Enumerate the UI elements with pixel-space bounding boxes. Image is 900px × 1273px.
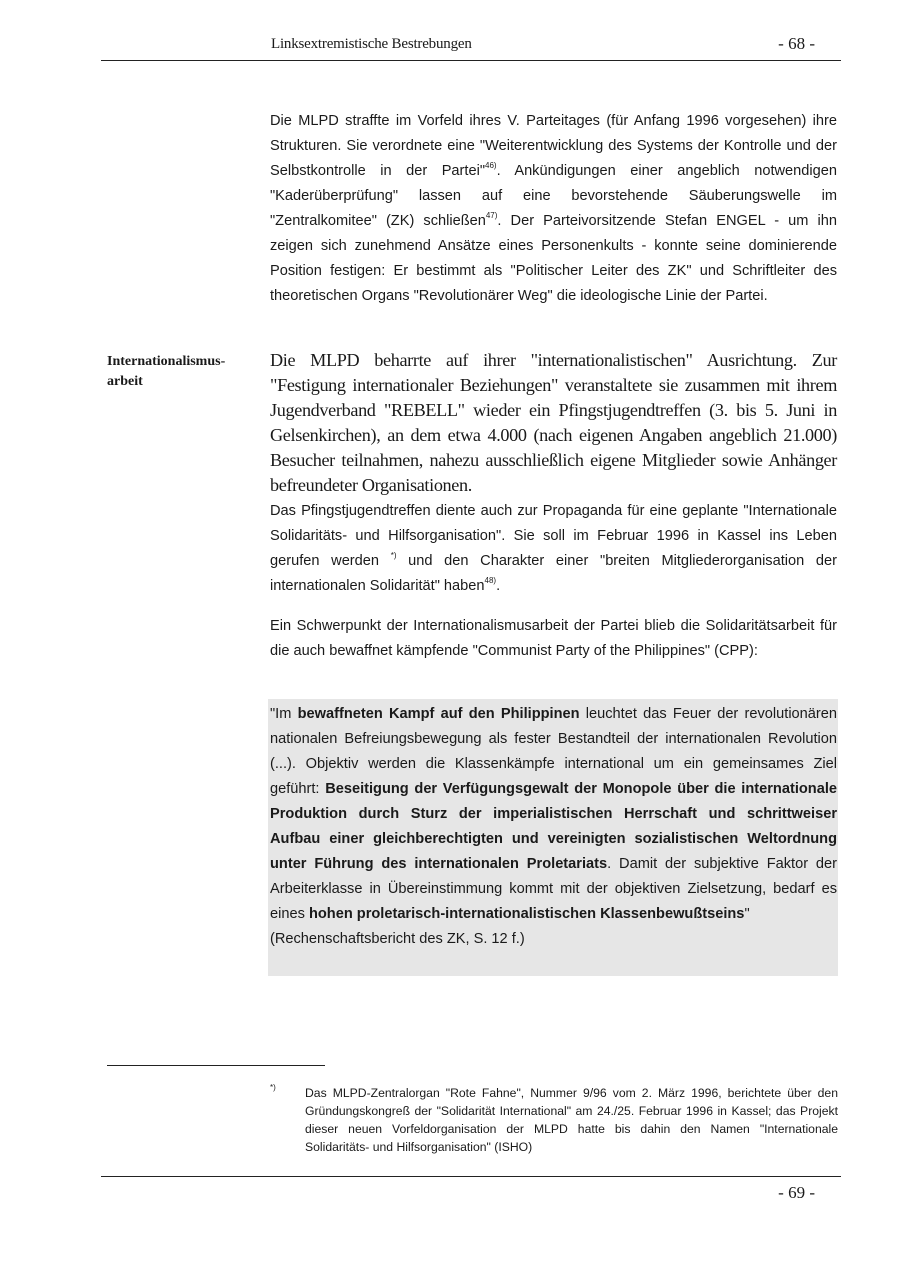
header-page-number: - 68 -	[778, 34, 815, 54]
quote-emphasis: hohen proletarisch-internationalistische…	[309, 906, 744, 922]
blockquote-rechenschaftsbericht: "Im bewaffneten Kampf auf den Philippine…	[270, 702, 837, 952]
paragraph-mlpd-structures: Die MLPD straffte im Vorfeld ihres V. Pa…	[270, 109, 837, 309]
footer-rule	[101, 1176, 841, 1177]
quote-segment: "Im	[270, 706, 298, 722]
paragraph-internationalism: Die MLPD beharrte auf ihrer "internation…	[270, 348, 837, 498]
paragraph-schwerpunkt: Ein Schwerpunkt der Internationalismusar…	[270, 614, 837, 664]
running-header: Linksextremistische Bestrebungen - 68 -	[101, 36, 841, 60]
paragraph-pfingstjugendtreffen: Das Pfingstjugendtreffen diente auch zur…	[270, 499, 837, 599]
header-rule	[101, 60, 841, 61]
footnote-ref-46[interactable]: 46)	[485, 161, 497, 170]
footer-page-number: - 69 -	[778, 1183, 815, 1203]
quote-body: "Im bewaffneten Kampf auf den Philippine…	[270, 706, 837, 922]
footnote-rule	[107, 1065, 325, 1066]
footnote-ref-47[interactable]: 47)	[486, 211, 498, 220]
footnote-ref-48[interactable]: 48)	[485, 576, 497, 585]
quote-source: (Rechenschaftsbericht des ZK, S. 12 f.)	[270, 927, 837, 952]
footnote-mark: *)	[270, 1083, 276, 1092]
quote-segment: "	[744, 906, 749, 922]
footnote-text: Das MLPD-Zentralorgan "Rote Fahne", Numm…	[305, 1084, 838, 1156]
quote-emphasis: bewaffneten Kampf auf den Philippinen	[298, 706, 580, 722]
margin-label-internationalismusarbeit: Internationalismus- arbeit	[107, 352, 247, 392]
header-title: Linksextremistische Bestrebungen	[271, 36, 472, 53]
